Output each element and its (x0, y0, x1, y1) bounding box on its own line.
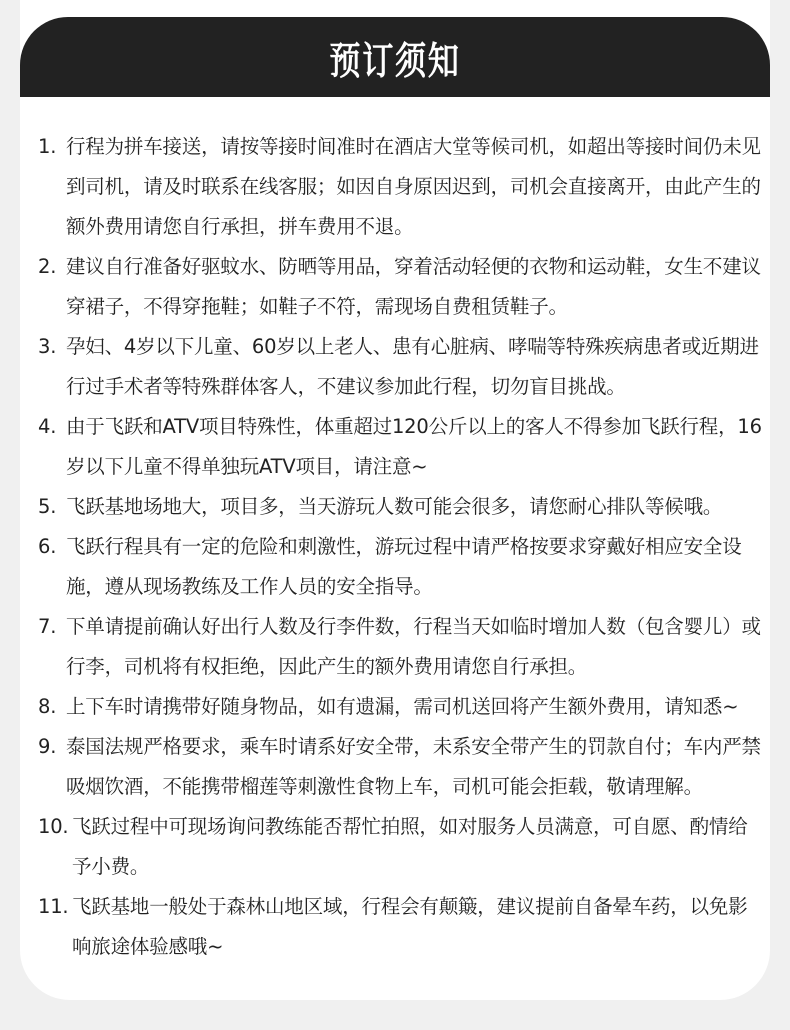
list-item: 1. 行程为拼车接送，请按等接时间准时在酒店大堂等候司机，如超出等接时间仍未见到… (38, 127, 763, 247)
item-text: 行程为拼车接送，请按等接时间准时在酒店大堂等候司机，如超出等接时间仍未见到司机，… (66, 127, 763, 247)
item-text: 飞跃行程具有一定的危险和刺激性，游玩过程中请严格按要求穿戴好相应安全设施，遵从现… (66, 527, 763, 607)
list-item: 5. 飞跃基地场地大，项目多，当天游玩人数可能会很多，请您耐心排队等候哦。 (38, 487, 763, 527)
item-number: 1. (38, 127, 66, 247)
item-text: 飞跃过程中可现场询问教练能否帮忙拍照，如对服务人员满意，可自愿、酌情给予小费。 (72, 807, 763, 887)
item-number: 11. (38, 887, 72, 967)
item-text: 飞跃基地场地大，项目多，当天游玩人数可能会很多，请您耐心排队等候哦。 (66, 487, 763, 527)
item-text: 飞跃基地一般处于森林山地区域，行程会有颠簸，建议提前自备晕车药，以免影响旅途体验… (72, 887, 763, 967)
list-item: 4. 由于飞跃和ATV项目特殊性，体重超过120公斤以上的客人不得参加飞跃行程，… (38, 407, 763, 487)
item-number: 8. (38, 687, 66, 727)
list-item: 6. 飞跃行程具有一定的危险和刺激性，游玩过程中请严格按要求穿戴好相应安全设施，… (38, 527, 763, 607)
list-item: 9. 泰国法规严格要求，乘车时请系好安全带，未系安全带产生的罚款自付；车内严禁吸… (38, 727, 763, 807)
item-number: 2. (38, 247, 66, 327)
item-text: 由于飞跃和ATV项目特殊性，体重超过120公斤以上的客人不得参加飞跃行程，16岁… (66, 407, 763, 487)
page-title: 预订须知 (329, 30, 460, 85)
item-number: 6. (38, 527, 66, 607)
list-item: 7. 下单请提前确认好出行人数及行李件数，行程当天如临时增加人数（包含婴儿）或行… (38, 607, 763, 687)
list-item: 11. 飞跃基地一般处于森林山地区域，行程会有颠簸，建议提前自备晕车药，以免影响… (38, 887, 763, 967)
item-number: 3. (38, 327, 66, 407)
item-number: 9. (38, 727, 66, 807)
item-text: 泰国法规严格要求，乘车时请系好安全带，未系安全带产生的罚款自付；车内严禁吸烟饮酒… (66, 727, 763, 807)
list-item: 3. 孕妇、4岁以下儿童、60岁以上老人、患有心脏病、哮喘等特殊疾病患者或近期进… (38, 327, 763, 407)
item-text: 建议自行准备好驱蚊水、防晒等用品，穿着活动轻便的衣物和运动鞋，女生不建议穿裙子，… (66, 247, 763, 327)
item-number: 5. (38, 487, 66, 527)
item-number: 7. (38, 607, 66, 687)
notice-list: 1. 行程为拼车接送，请按等接时间准时在酒店大堂等候司机，如超出等接时间仍未见到… (38, 127, 763, 967)
item-number: 10. (38, 807, 72, 887)
item-text: 下单请提前确认好出行人数及行李件数，行程当天如临时增加人数（包含婴儿）或行李，司… (66, 607, 763, 687)
list-item: 2. 建议自行准备好驱蚊水、防晒等用品，穿着活动轻便的衣物和运动鞋，女生不建议穿… (38, 247, 763, 327)
booking-notice-card: 预订须知 1. 行程为拼车接送，请按等接时间准时在酒店大堂等候司机，如超出等接时… (20, 0, 770, 1000)
item-text: 孕妇、4岁以下儿童、60岁以上老人、患有心脏病、哮喘等特殊疾病患者或近期进行过手… (66, 327, 763, 407)
header-bar: 预订须知 (20, 17, 770, 97)
list-item: 10. 飞跃过程中可现场询问教练能否帮忙拍照，如对服务人员满意，可自愿、酌情给予… (38, 807, 763, 887)
item-number: 4. (38, 407, 66, 487)
item-text: 上下车时请携带好随身物品，如有遗漏，需司机送回将产生额外费用，请知悉~ (66, 687, 763, 727)
list-item: 8. 上下车时请携带好随身物品，如有遗漏，需司机送回将产生额外费用，请知悉~ (38, 687, 763, 727)
